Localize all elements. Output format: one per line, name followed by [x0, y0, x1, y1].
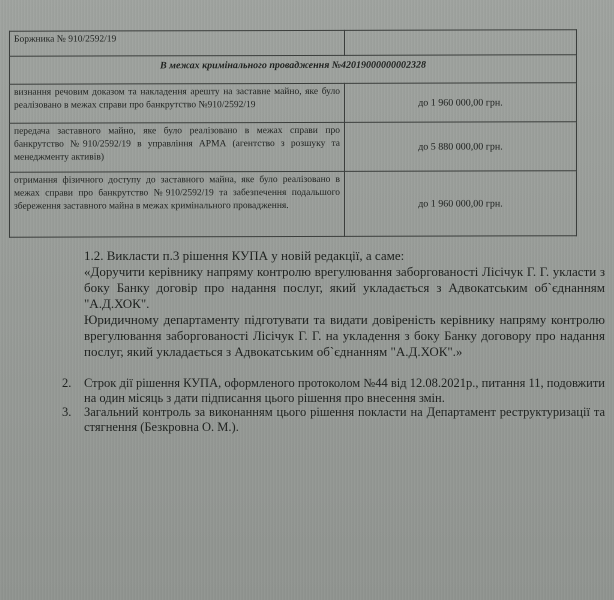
row-amount: до 1 960 000,00 грн.: [345, 83, 577, 123]
list-item-text: Строк дії рішення КУПА, оформленого прот…: [84, 376, 605, 405]
list-item: 3. Загальний контроль за виконанням цьог…: [62, 405, 605, 434]
numbered-list: 2. Строк дії рішення КУПА, оформленого п…: [62, 376, 605, 434]
list-item-number: 2.: [62, 376, 84, 405]
table-section-header-row: В межах кримінального провадження №42019…: [10, 55, 577, 84]
debtor-value-cell: [345, 30, 577, 56]
row-description: передача заставного майно, яке було реал…: [10, 122, 345, 172]
quote-paragraph: «Доручити керівнику напряму контролю вре…: [84, 264, 605, 312]
debtor-label-cell: Боржника № 910/2592/19: [10, 30, 345, 56]
list-item-text: Загальний контроль за виконанням цього р…: [84, 405, 605, 434]
section-1-2: 1.2. Викласти п.3 рішення КУПА у новій р…: [84, 248, 605, 360]
assets-table: Боржника № 910/2592/19 В межах криміналь…: [9, 29, 577, 237]
row-amount: до 1 960 000,00 грн.: [345, 171, 577, 237]
table-row: отримання фізичного доступу до заставног…: [10, 171, 577, 237]
legal-department-paragraph: Юридичному департаменту підготувати та в…: [84, 312, 605, 360]
row-description: отримання фізичного доступу до заставног…: [10, 171, 345, 237]
table-row: передача заставного майно, яке було реал…: [10, 122, 577, 172]
row-description: визнання речовим доказом та накладення а…: [10, 83, 345, 123]
criminal-proceedings-header: В межах кримінального провадження №42019…: [10, 55, 577, 84]
section-1-2-heading: 1.2. Викласти п.3 рішення КУПА у новій р…: [84, 248, 605, 264]
row-amount: до 5 880 000,00 грн.: [345, 122, 577, 172]
list-item: 2. Строк дії рішення КУПА, оформленого п…: [62, 376, 605, 405]
list-item-number: 3.: [62, 405, 84, 434]
table-row: визнання речовим доказом та накладення а…: [10, 83, 577, 123]
table-row-debtor: Боржника № 910/2592/19: [10, 30, 577, 56]
